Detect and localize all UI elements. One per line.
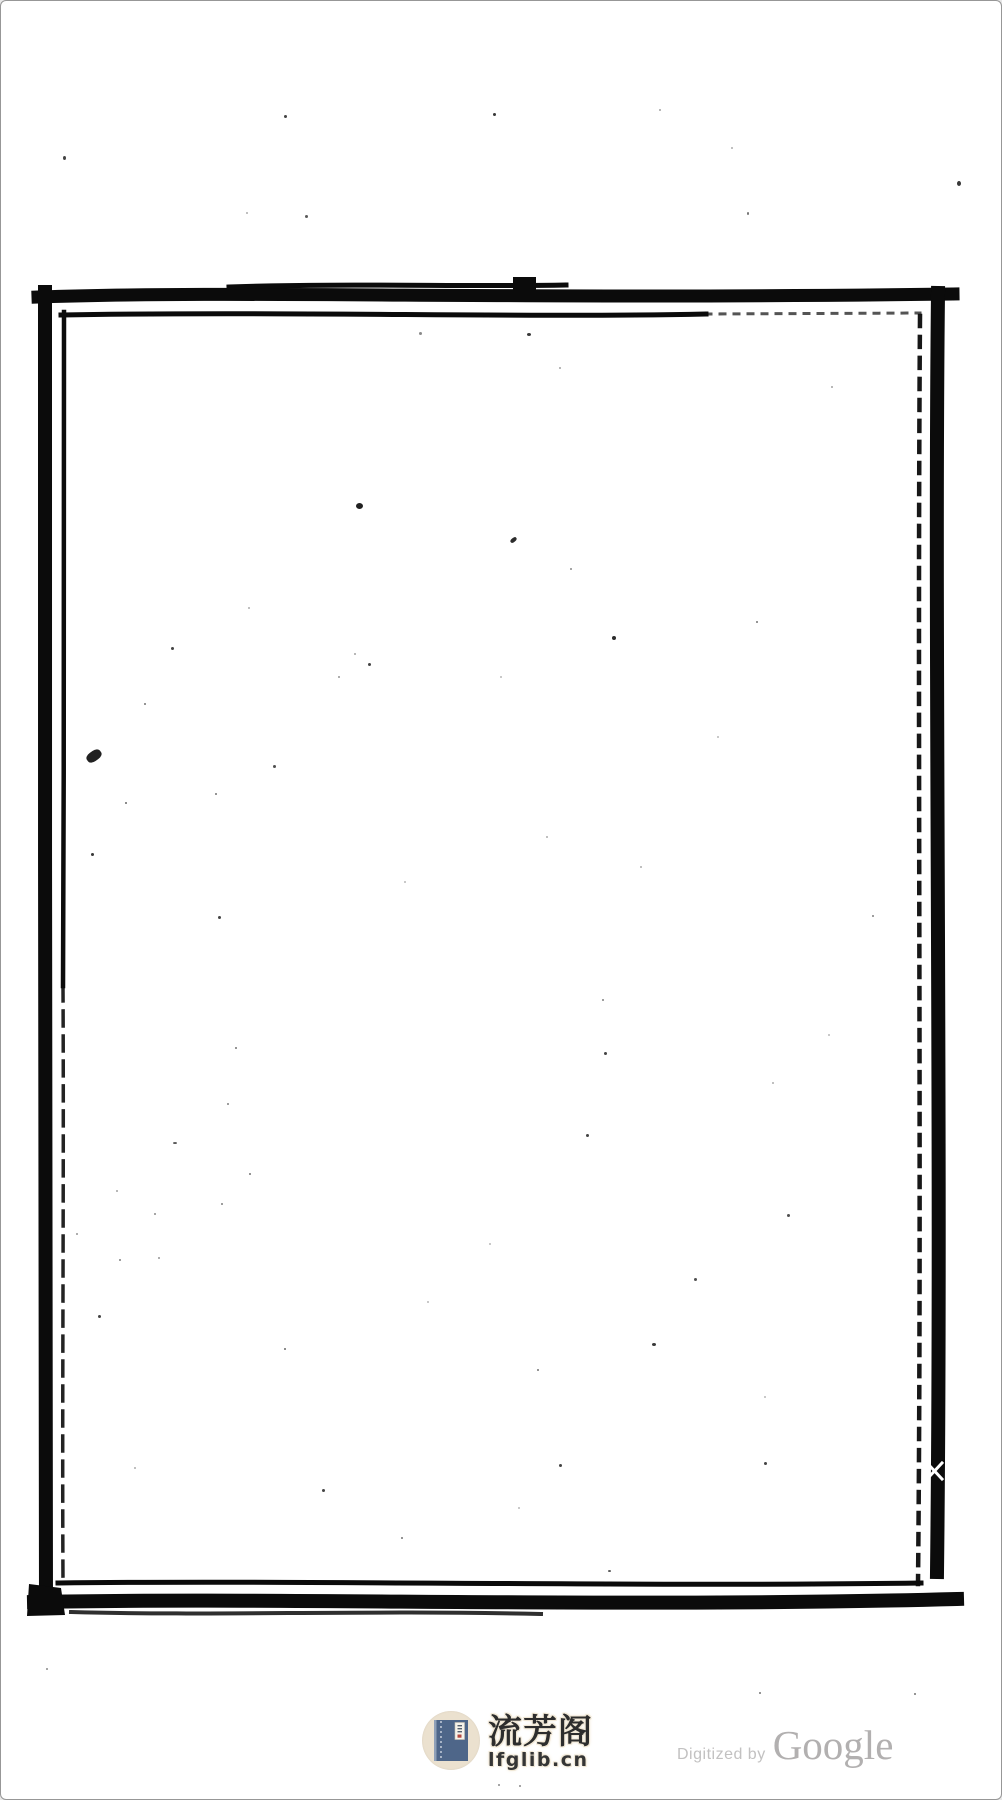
ink-speck [173,1142,177,1144]
frame-inner-top [61,314,706,316]
lfglib-text-block: 流芳阁 lfglib.cn [488,1715,593,1770]
ink-speck [914,1693,916,1695]
frame-outer-top [38,294,953,297]
lfglib-logo-circle [422,1711,480,1770]
google-logo-text: Google [773,1725,894,1766]
ink-speck [218,916,221,919]
ink-speck [559,367,561,369]
frame-outer-bottom [34,1599,957,1603]
ink-speck [493,113,496,116]
ink-speck [694,1278,697,1281]
ink-speck [570,568,572,570]
ink-speck [63,156,66,160]
ink-speck [652,1343,656,1346]
frame-outer-right [937,293,939,1572]
ink-speck [604,1052,607,1055]
ink-speck [134,1467,136,1469]
frame-top-bump [513,277,536,294]
ink-speck [559,1464,562,1467]
ink-speck [546,836,548,838]
ink-speck [519,1785,521,1787]
ink-speck [215,793,217,795]
frame-corner-foot [27,1584,65,1616]
ink-speck [356,503,363,509]
ink-speck [305,215,308,218]
digitized-by-label: Digitized by [677,1746,766,1764]
scanned-page: 流芳阁 lfglib.cn Digitized by Google [0,0,1002,1800]
ink-speck [759,1692,761,1694]
ink-speck [284,115,287,118]
ink-speck [404,881,406,883]
ink-speck [717,736,719,738]
lfglib-url: lfglib.cn [488,1751,593,1770]
ink-speck [158,1257,160,1259]
ink-speck [787,1214,790,1217]
ink-speck [46,1668,48,1670]
ink-speck [612,636,616,640]
lfglib-watermark: 流芳阁 lfglib.cn [422,1711,593,1770]
ink-speck [119,1259,121,1261]
ink-speck [537,1369,539,1371]
frame-inner-left-solid [63,312,64,986]
ink-speck [273,765,276,768]
ink-speck [772,1082,774,1084]
ink-speck [154,1213,156,1215]
ink-speck [354,653,356,655]
frame-inner-top-dotted [706,313,920,314]
ink-speck [221,1203,223,1205]
ink-speck [500,676,502,678]
ink-speck [831,386,833,388]
ink-speck [368,663,371,666]
ink-speck [76,1233,78,1235]
ink-speck [764,1396,766,1398]
ink-speck [828,1034,830,1036]
ink-speck [227,1103,229,1105]
google-watermark: Digitized by Google [677,1725,893,1766]
ink-speck [659,109,661,111]
ink-speck [872,915,874,917]
ink-speck [640,866,642,868]
frame-outer-left [44,292,47,1607]
ink-speck [98,1315,101,1318]
ink-speck [586,1134,589,1137]
ink-speck [171,647,174,650]
frame-inner-left-dashed [63,986,64,1582]
lfglib-title: 流芳阁 [488,1715,593,1749]
ink-speck [116,1190,118,1192]
ink-speck [235,1047,237,1049]
ink-speck [338,676,340,678]
ink-speck [527,333,531,336]
ink-speck [756,621,758,623]
ink-speck [489,1243,491,1245]
frame-inner-bottom [58,1582,921,1584]
ink-speck [608,1570,611,1572]
ink-speck [518,1507,520,1509]
ink-speck [322,1489,325,1492]
ink-speck [246,212,248,214]
ink-speck [419,332,422,335]
ink-speck [427,1301,429,1303]
ink-speck [602,999,604,1001]
ink-speck [144,703,146,705]
frame-inner-right-dashed [918,316,920,1584]
ink-speck [91,853,94,856]
ink-speck [957,181,961,186]
frame-outer-bottom-rough [71,1612,541,1614]
ink-speck [731,147,733,149]
ink-speck [249,1173,251,1175]
ink-speck [747,212,749,215]
book-icon [434,1720,468,1761]
ink-speck [401,1537,403,1539]
ink-speck [284,1348,286,1350]
ink-speck [498,1784,500,1786]
page-border-frame [1,1,1002,1800]
ink-speck [248,607,250,609]
ink-speck [764,1462,767,1465]
ink-speck [125,802,127,804]
